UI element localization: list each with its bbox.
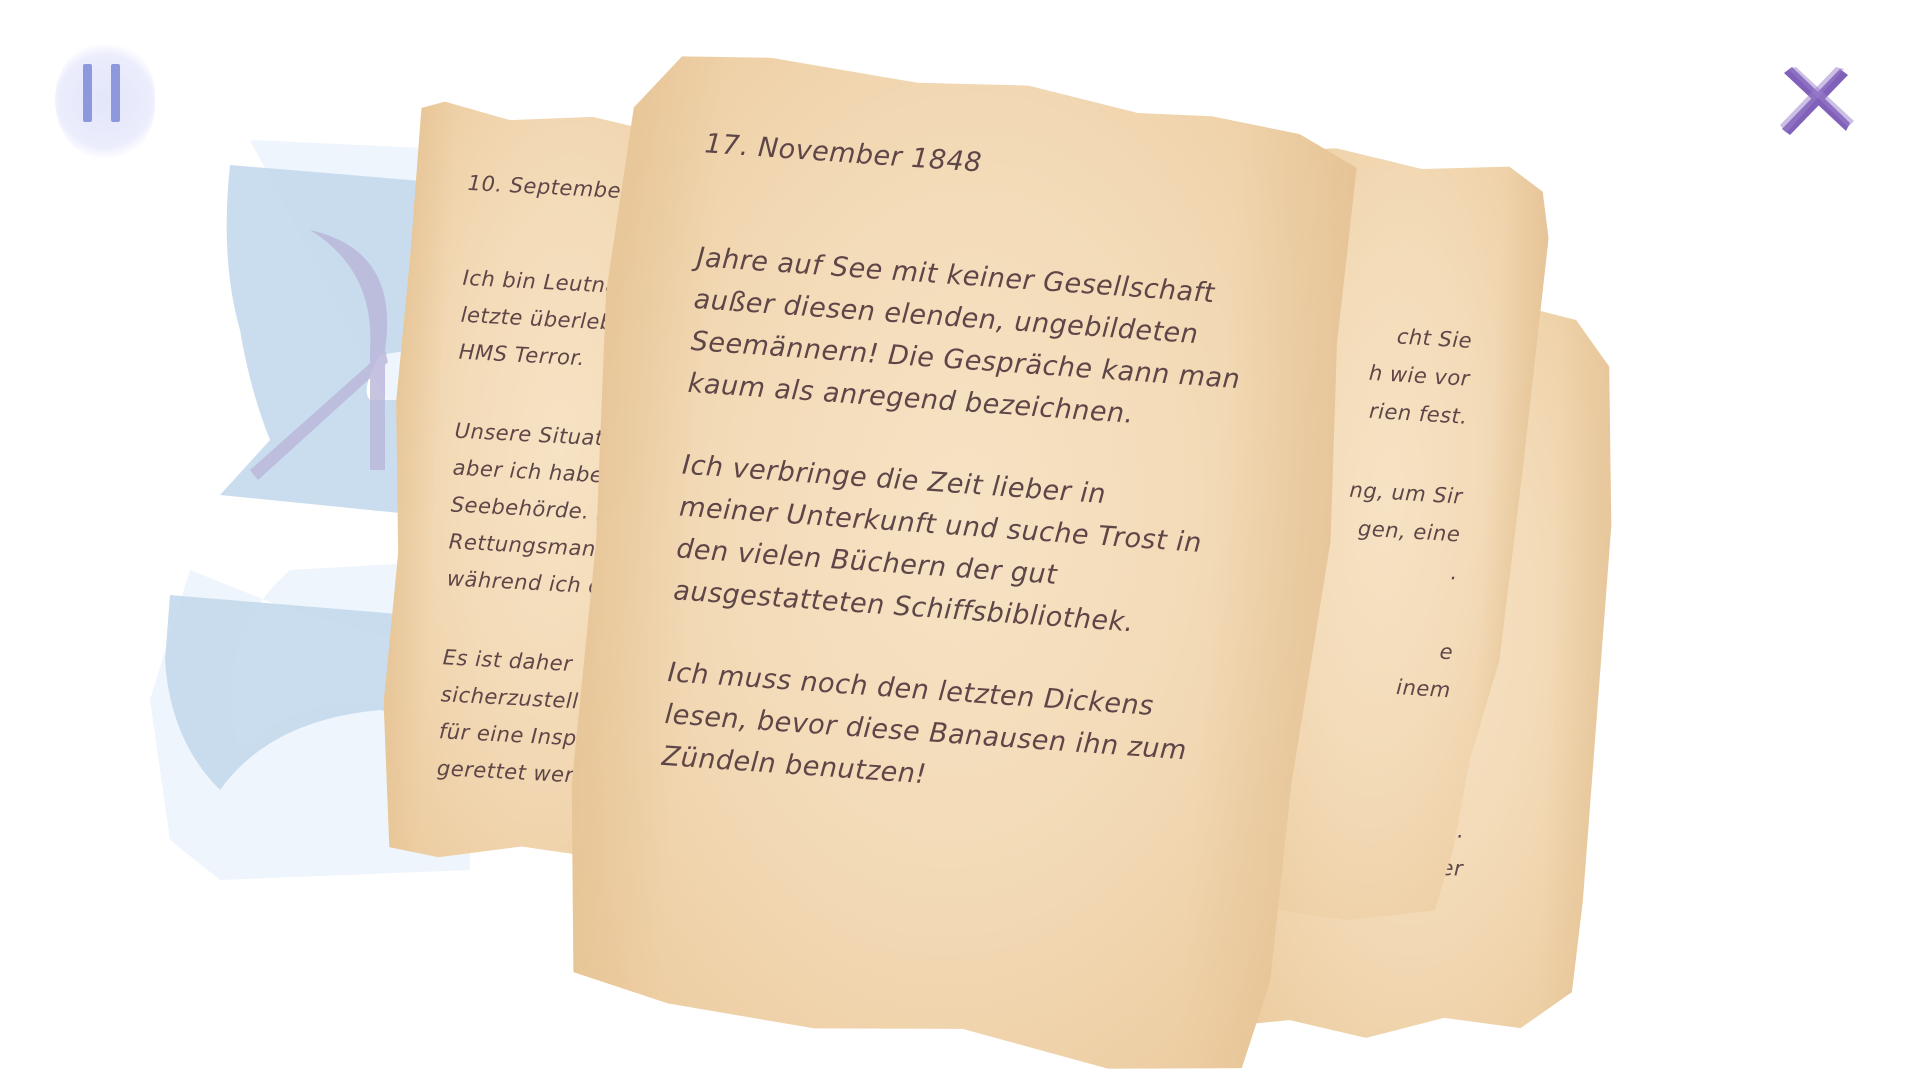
- page-date: 17. November 1848: [703, 123, 1324, 208]
- page-text: 17. November 1848 Jahre auf See mit kein…: [658, 123, 1325, 861]
- paragraph: Jahre auf See mit keiner Gesellschaft au…: [686, 237, 1316, 448]
- close-button[interactable]: [1770, 55, 1860, 145]
- close-icon: [1770, 55, 1860, 145]
- pause-button[interactable]: [55, 42, 155, 160]
- paragraph: Ich verbringe die Zeit lieber in meiner …: [672, 445, 1302, 656]
- diary-page-main[interactable]: 17. November 1848 Jahre auf See mit kein…: [555, 47, 1362, 1080]
- pause-icon: [83, 64, 92, 122]
- paragraph: Ich muss noch den letzten Dickens lesen,…: [660, 652, 1287, 821]
- pause-icon: [111, 64, 120, 122]
